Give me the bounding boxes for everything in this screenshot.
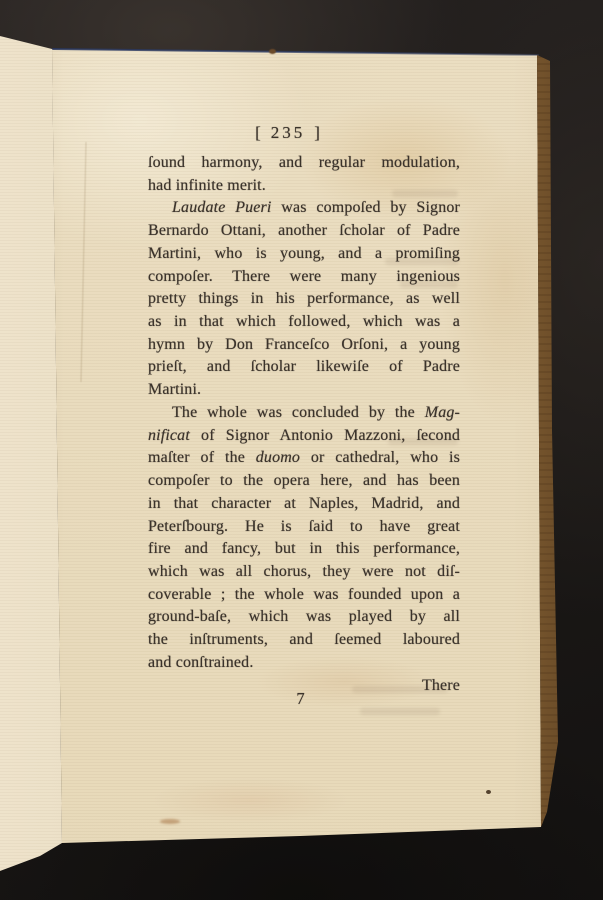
text-segment: The whole was concluded by the — [172, 404, 425, 421]
text-segment: in that character at Naples, Madrid, and — [148, 495, 460, 512]
text-segment: which was all chorus, they were not diſ- — [148, 563, 460, 580]
text-segment: pretty things in his performance, as wel… — [148, 290, 460, 307]
text-line: ground-baſe, which was played by all — [148, 606, 460, 629]
signature-mark: 7 — [148, 689, 453, 709]
text-segment: compoſer. There were many ingenious — [148, 268, 460, 285]
text-line: had infinite merit. — [148, 175, 460, 198]
page-number: 235 — [271, 123, 306, 142]
text-segment: hymn by Don Franceſco Orſoni, a young — [148, 336, 460, 353]
text-line: nificat of Signor Antonio Mazzoni, ſecon… — [148, 425, 460, 448]
text-segment: Martini. — [148, 381, 201, 398]
text-line: maſter of the duomo or cathedral, who is — [148, 447, 460, 470]
text-segment: maſter of the — [148, 449, 256, 466]
paper-speck — [486, 790, 491, 794]
text-segment: compoſer to the opera here, and has been — [148, 472, 460, 489]
italic-text-segment: nificat — [148, 427, 190, 444]
paper-speck — [269, 49, 276, 54]
italic-text-segment: duomo — [256, 449, 300, 466]
text-line: Martini. — [148, 379, 460, 402]
text-line: Peterſbourg. He is ſaid to have great — [148, 516, 460, 539]
text-line: in that character at Naples, Madrid, and — [148, 493, 460, 516]
text-line: which was all chorus, they were not diſ- — [148, 561, 460, 584]
text-line: pretty things in his performance, as wel… — [148, 288, 460, 311]
text-segment: coverable ; the whole was founded upon a — [148, 586, 460, 603]
text-segment: ſound harmony, and regular modulation, — [148, 154, 460, 171]
text-segment: was compoſed by Signor — [272, 199, 460, 216]
showthrough-ghost — [360, 708, 440, 715]
text-segment: fire and fancy, but in this performance, — [148, 540, 460, 557]
text-segment: and conſtrained. — [148, 654, 253, 671]
header-bracket-right: ] — [314, 123, 321, 142]
text-line: coverable ; the whole was founded upon a — [148, 584, 460, 607]
page-header: [235] — [148, 123, 428, 143]
text-line: Martini, who is young, and a promiſing — [148, 243, 460, 266]
text-lines: ſound harmony, and regular modulation,ha… — [148, 152, 460, 675]
text-line: the inſtruments, and ſeemed laboured — [148, 629, 460, 652]
text-segment: Bernardo Ottani, another ſcholar of Padr… — [148, 222, 460, 239]
text-line: compoſer. There were many ingenious — [148, 266, 460, 289]
paper-smudge — [160, 819, 180, 824]
text-line: compoſer to the opera here, and has been — [148, 470, 460, 493]
text-line: Bernardo Ottani, another ſcholar of Padr… — [148, 220, 460, 243]
text-line: prieſt, and ſcholar likewiſe of Padre — [148, 356, 460, 379]
text-line: fire and fancy, but in this performance, — [148, 538, 460, 561]
text-line: as in that which followed, which was a — [148, 311, 460, 334]
text-segment: of Signor Antonio Mazzoni, ſecond — [190, 427, 460, 444]
header-bracket-left: [ — [255, 123, 262, 142]
text-line: The whole was concluded by the Mag- — [148, 402, 460, 425]
text-segment: ground-baſe, which was played by all — [148, 608, 460, 625]
text-segment: Peterſbourg. He is ſaid to have great — [148, 518, 460, 535]
text-segment: Martini, who is young, and a promiſing — [148, 245, 460, 262]
text-segment: as in that which followed, which was a — [148, 313, 460, 330]
text-segment: prieſt, and ſcholar likewiſe of Padre — [148, 358, 460, 375]
text-line: and conſtrained. — [148, 652, 460, 675]
text-segment: the inſtruments, and ſeemed laboured — [148, 631, 460, 648]
text-block: ſound harmony, and regular modulation,ha… — [148, 152, 460, 697]
text-line: hymn by Don Franceſco Orſoni, a young — [148, 334, 460, 357]
italic-text-segment: Mag- — [425, 404, 460, 421]
text-line: Laudate Pueri was compoſed by Signor — [148, 197, 460, 220]
text-line: ſound harmony, and regular modulation, — [148, 152, 460, 175]
italic-text-segment: Laudate Pueri — [172, 199, 272, 216]
book-photo: [235] ſound harmony, and regular modulat… — [0, 0, 603, 900]
text-segment: had infinite merit. — [148, 177, 266, 194]
text-segment: or cathedral, who is — [300, 449, 460, 466]
